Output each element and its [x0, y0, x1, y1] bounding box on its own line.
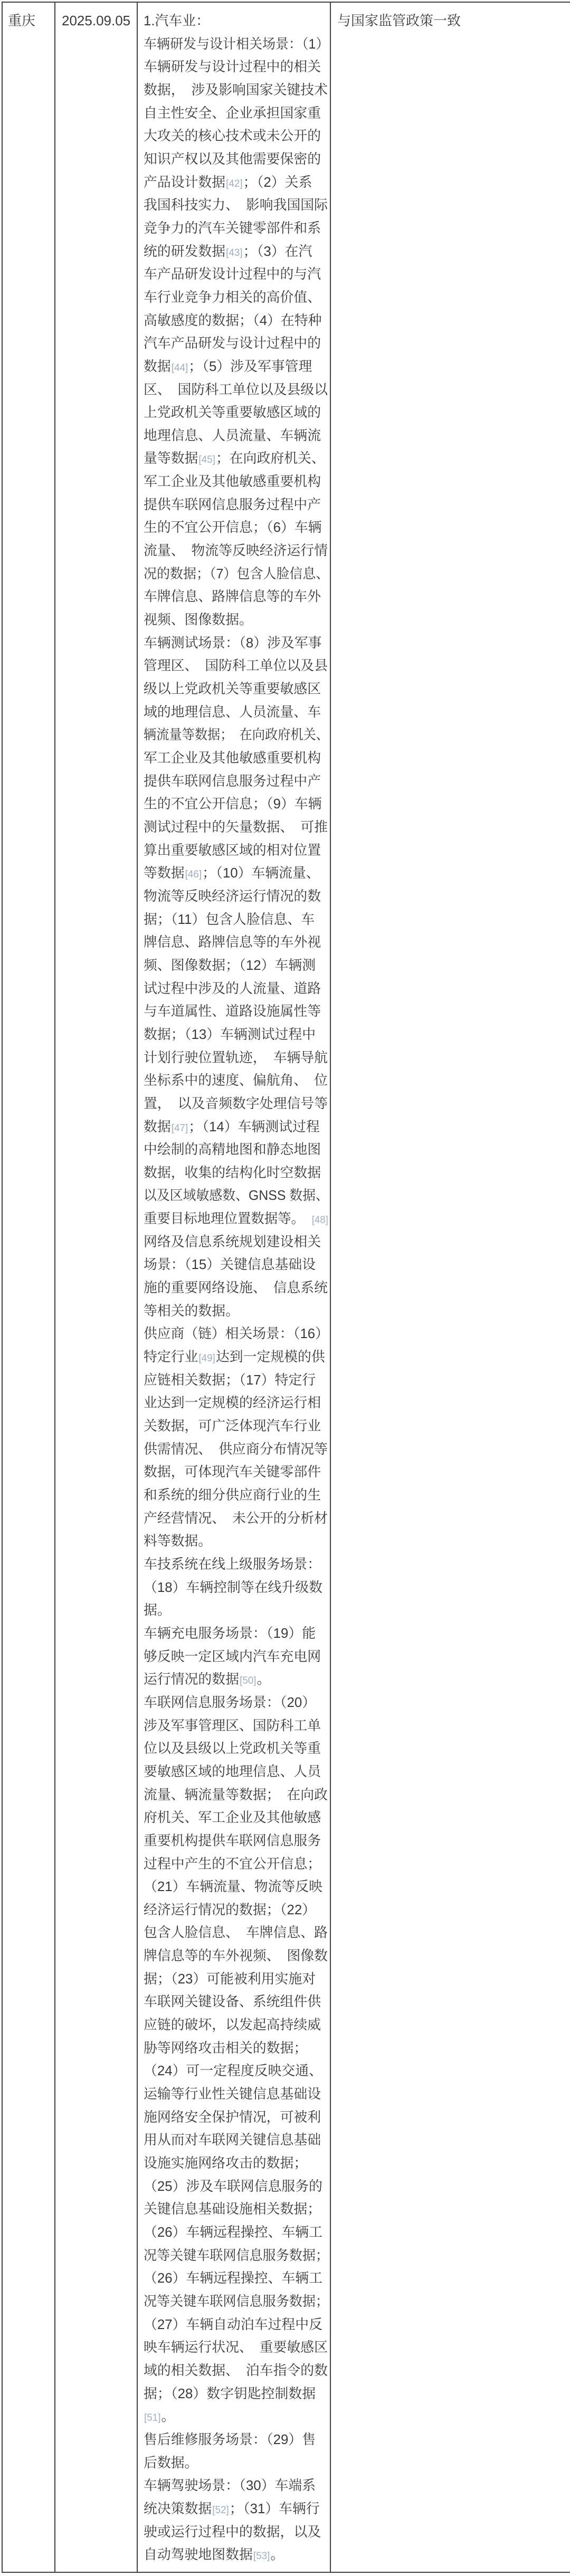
- footnote-ref[interactable]: [43]: [225, 247, 243, 259]
- remark-label: 与国家监管政策一致: [337, 9, 570, 33]
- content-line: 区、 国防科工单位以及县级以: [144, 378, 329, 402]
- content-line: 汽车产品研发与设计过程中的: [144, 332, 329, 355]
- content-line: 数据，可体现汽车关键零部件: [144, 1461, 329, 1484]
- content-line: 测试过程中的矢量数据、 可推: [144, 816, 329, 839]
- content-line: 自动驾驶地图数据[53]。: [144, 2543, 329, 2567]
- content-line: （26）车辆远程操控、车辆工: [144, 2221, 329, 2244]
- content-line: 况等关键车联网信息服务数据；: [144, 2290, 323, 2313]
- content-line: 自主性安全、企业承担国家重: [144, 102, 329, 125]
- footnote-ref[interactable]: [51]: [144, 2412, 161, 2424]
- content-line: 级以上党政机关等重要敏感区: [144, 678, 329, 701]
- content-line: 量等数据[45]；在向政府机关、: [144, 447, 329, 470]
- content-line: 关数据，可广泛体现汽车行业: [144, 1415, 329, 1438]
- content-line: 算出重要敏感区域的相对位置: [144, 839, 329, 862]
- content-line: 域的地理信息、人员流量、车: [144, 701, 329, 724]
- content-line: 生的不宜公开信息；（6）车辆: [144, 516, 329, 539]
- content-line: 运行情况的数据[50]。: [144, 1668, 329, 1691]
- content-line: 车辆研发与设计过程中的相关: [144, 55, 329, 79]
- footnote-ref[interactable]: [44]: [171, 362, 189, 374]
- content-line: 位以及县级以上党政机关等重: [144, 1737, 329, 1760]
- content-line: 据；（11）包含人脸信息、车: [144, 908, 329, 931]
- content-line: 车行业竞争力相关的高价值、: [144, 286, 329, 309]
- content-line: 够反映一定区域内汽车充电网: [144, 1645, 329, 1668]
- content-line: （24）可一定程度反映交通、: [144, 2059, 329, 2083]
- content-line: 应链相关数据；（17）特定行: [144, 1369, 329, 1392]
- content-line: 视频、图像数据。: [144, 608, 329, 632]
- content-line: 牌信息、路牌信息等的车外视: [144, 931, 329, 954]
- content-line: 设施实施网络攻击的数据；: [144, 2152, 329, 2175]
- content-line: 重要目标地理位置数据等。 [48]: [144, 1207, 326, 1230]
- content-line: 与车道属性、道路设施属性等: [144, 1000, 329, 1023]
- content-line: 上党政机关等重要敏感区域的: [144, 401, 329, 424]
- content-line: 数据， 涉及影响国家关键技术: [144, 79, 329, 102]
- content-line: 数据[44]；（5）涉及军事管理: [144, 355, 329, 378]
- content-line: 映车辆运行状况、 重要敏感区: [144, 2336, 329, 2359]
- footnote-ref[interactable]: [48]: [311, 1215, 329, 1226]
- content-line: 要敏感区域的地理信息、人员: [144, 1760, 329, 1783]
- content-line: 车辆测试场景：（8）涉及军事: [144, 632, 329, 655]
- content-line: 地理信息、人员流量、车辆流: [144, 424, 329, 447]
- content-line: 车联网信息服务场景：（20）: [144, 1691, 329, 1714]
- content-line: 供需情况、 供应商分布情况等: [144, 1438, 329, 1461]
- content-line: （26）车辆远程操控、车辆工: [144, 2267, 329, 2290]
- content-line: 计划行驶位置轨迹， 车辆导航: [144, 1046, 329, 1070]
- content-line: 车产品研发设计过程中的与汽: [144, 263, 329, 286]
- region-label: 重庆: [8, 9, 54, 33]
- content-line: 应链的破坏，以发起高持续威: [144, 2014, 329, 2037]
- content-line: 重要机构提供车联网信息服务: [144, 1829, 329, 1853]
- content-line: 车牌信息、路牌信息等的车外: [144, 585, 329, 608]
- content-line: 特定行业[49]达到一定规模的供: [144, 1346, 329, 1369]
- content-line: 我国科技实力、 影响我国国际: [144, 194, 329, 217]
- content-line: 管理区、 国防科工单位以及县: [144, 654, 329, 678]
- content-line: （18）车辆控制等在线升级数: [144, 1576, 329, 1599]
- content-line: （21）车辆流量、物流等反映: [144, 1875, 329, 1898]
- content-line: 等相关的数据。: [144, 1300, 329, 1323]
- region-cell: 重庆: [3, 3, 55, 2572]
- content-line: 流量、辆流量等数据； 在向政: [144, 1783, 329, 1807]
- content-line: 中绘制的高精地图和静态地图: [144, 1138, 329, 1161]
- remark-cell: 与国家监管政策一致: [331, 3, 570, 2572]
- content-line: 大攻关的核心技术或未公开的: [144, 125, 329, 148]
- content-line: 以及区域敏感数、GNSS 数据、: [144, 1184, 322, 1207]
- footnote-ref[interactable]: [42]: [225, 178, 243, 189]
- content-line: 产品设计数据[42]；（2）关系: [144, 171, 329, 194]
- footnote-ref[interactable]: [50]: [239, 1675, 257, 1686]
- content-line: 知识产权以及其他需要保密的: [144, 148, 329, 171]
- content-line: 后数据。: [144, 2451, 329, 2475]
- content-line: 用从而对车联网关键信息基础: [144, 2129, 329, 2152]
- content-line: 包含人脸信息、 车牌信息、路: [144, 1921, 329, 1944]
- content-line: 料等数据。: [144, 1530, 329, 1553]
- content-line: 况等关键车联网信息服务数据；: [144, 2244, 323, 2267]
- content-line: 产经营情况、 未公开的分析材: [144, 1507, 329, 1530]
- content-line: 试过程中涉及的人流量、道路: [144, 977, 329, 1000]
- content-line: 驶或运行过程中的数据，以及: [144, 2521, 329, 2544]
- content-line: 况的数据；（7）包含人脸信息、: [144, 562, 322, 586]
- content-lines: 1.汽车业：车辆研发与设计相关场景：（1）车辆研发与设计过程中的相关数据， 涉及…: [144, 9, 330, 2567]
- content-line: 提供车联网信息服务过程中产: [144, 493, 329, 517]
- date-label: 2025.09.05: [62, 9, 137, 33]
- footnote-ref[interactable]: [47]: [171, 1123, 189, 1134]
- content-line: 府机关、军工企业及其他敏感: [144, 1806, 329, 1829]
- content-line: 频、图像数据；（12）车辆测: [144, 954, 329, 977]
- content-line: 业达到一定规模的经济运行相: [144, 1391, 329, 1415]
- content-line: 关键信息基础设施相关数据；: [144, 2198, 329, 2221]
- content-line: 等数据[46]；（10）车辆流量、: [144, 862, 329, 885]
- content-line: 置， 以及音频数字处理信号等: [144, 1092, 329, 1115]
- content-line: 牌信息等的车外视频、 图像数: [144, 1944, 329, 1968]
- content-line: 车辆研发与设计相关场景：（1）: [144, 33, 322, 56]
- content-line: 物流等反映经济运行情况的数: [144, 885, 329, 908]
- policy-table: 重庆 2025.09.05 1.汽车业：车辆研发与设计相关场景：（1）车辆研发与…: [2, 2, 570, 2573]
- content-line: 运输等行业性关键信息基础设: [144, 2083, 329, 2106]
- content-line: 域的相关数据、 泊车指令的数: [144, 2359, 329, 2382]
- content-line: [51]。: [144, 2405, 329, 2428]
- content-line: 统的研发数据[43]；（3）在汽: [144, 240, 329, 263]
- content-line: 统决策数据[52]；（31）车辆行: [144, 2497, 329, 2521]
- content-line: 数据；（13）车辆测试过程中: [144, 1023, 329, 1046]
- footnote-ref[interactable]: [49]: [198, 1353, 216, 1364]
- content-line: 场景：（15）关键信息基础设: [144, 1253, 329, 1276]
- content-line: 据；（23）可能被利用实施对: [144, 1968, 329, 1991]
- content-line: 车辆驾驶场景：（30）车端系: [144, 2474, 329, 2497]
- footnote-ref[interactable]: [52]: [212, 2505, 230, 2516]
- content-line: 提供车联网信息服务过程中产: [144, 770, 329, 793]
- content-line: 军工企业及其他敏感重要机构: [144, 470, 329, 493]
- content-line: 车技系统在线上级服务场景：: [144, 1553, 329, 1576]
- content-line: 施的重要网络设施、 信息系统: [144, 1276, 329, 1300]
- content-line: （25）涉及车联网信息服务的: [144, 2175, 329, 2198]
- content-line: （27）车辆自动泊车过程中反: [144, 2313, 329, 2336]
- content-line: 过程中产生的不宜公开信息；: [144, 1853, 329, 1876]
- content-line: 据；（28）数字钥匙控制数据: [144, 2382, 329, 2406]
- date-cell: 2025.09.05: [55, 3, 138, 2572]
- content-line: 高敏感度的数据；（4）在特种: [144, 309, 329, 332]
- content-line: 流量、 物流等反映经济运行情: [144, 539, 329, 562]
- document-page: 重庆 2025.09.05 1.汽车业：车辆研发与设计相关场景：（1）车辆研发与…: [0, 0, 570, 2576]
- content-line: 据。: [144, 1599, 329, 1622]
- content-line: 车联网关键设备、系统组件供: [144, 1990, 329, 2014]
- content-line: 涉及军事管理区、国防科工单: [144, 1714, 329, 1738]
- content-line: 数据[47]；（14）车辆测试过程: [144, 1115, 329, 1139]
- content-line: 网络及信息系统规划建设相关: [144, 1230, 329, 1254]
- content-line: 车辆充电服务场景：（19）能: [144, 1622, 329, 1645]
- content-line: 数据，收集的结构化时空数据: [144, 1161, 329, 1185]
- content-cell: 1.汽车业：车辆研发与设计相关场景：（1）车辆研发与设计过程中的相关数据， 涉及…: [138, 3, 331, 2572]
- content-line: 施网络安全保护情况，可被利: [144, 2106, 329, 2129]
- footnote-ref[interactable]: [46]: [185, 869, 203, 880]
- content-line: 经济运行情况的数据；（22）: [144, 1898, 329, 1922]
- content-line: 竞争力的汽车关键零部件和系: [144, 217, 329, 240]
- footnote-ref[interactable]: [53]: [253, 2551, 271, 2562]
- content-line: 生的不宜公开信息；（9）车辆: [144, 793, 329, 816]
- content-line: 供应商（链）相关场景：（16）: [144, 1322, 328, 1346]
- content-line: 1.汽车业：: [144, 9, 329, 33]
- content-line: 坐标系中的速度、偏航角、 位: [144, 1069, 329, 1092]
- content-line: 辆流量等数据； 在向政府机关、: [144, 723, 317, 747]
- footnote-ref[interactable]: [45]: [198, 454, 216, 465]
- content-line: 和系统的细分供应商行业的生: [144, 1484, 329, 1507]
- content-line: 胁等网络攻击相关的数据；: [144, 2037, 329, 2060]
- content-line: 售后维修服务场景：（29）售: [144, 2428, 329, 2451]
- content-line: 军工企业及其他敏感重要机构: [144, 747, 329, 770]
